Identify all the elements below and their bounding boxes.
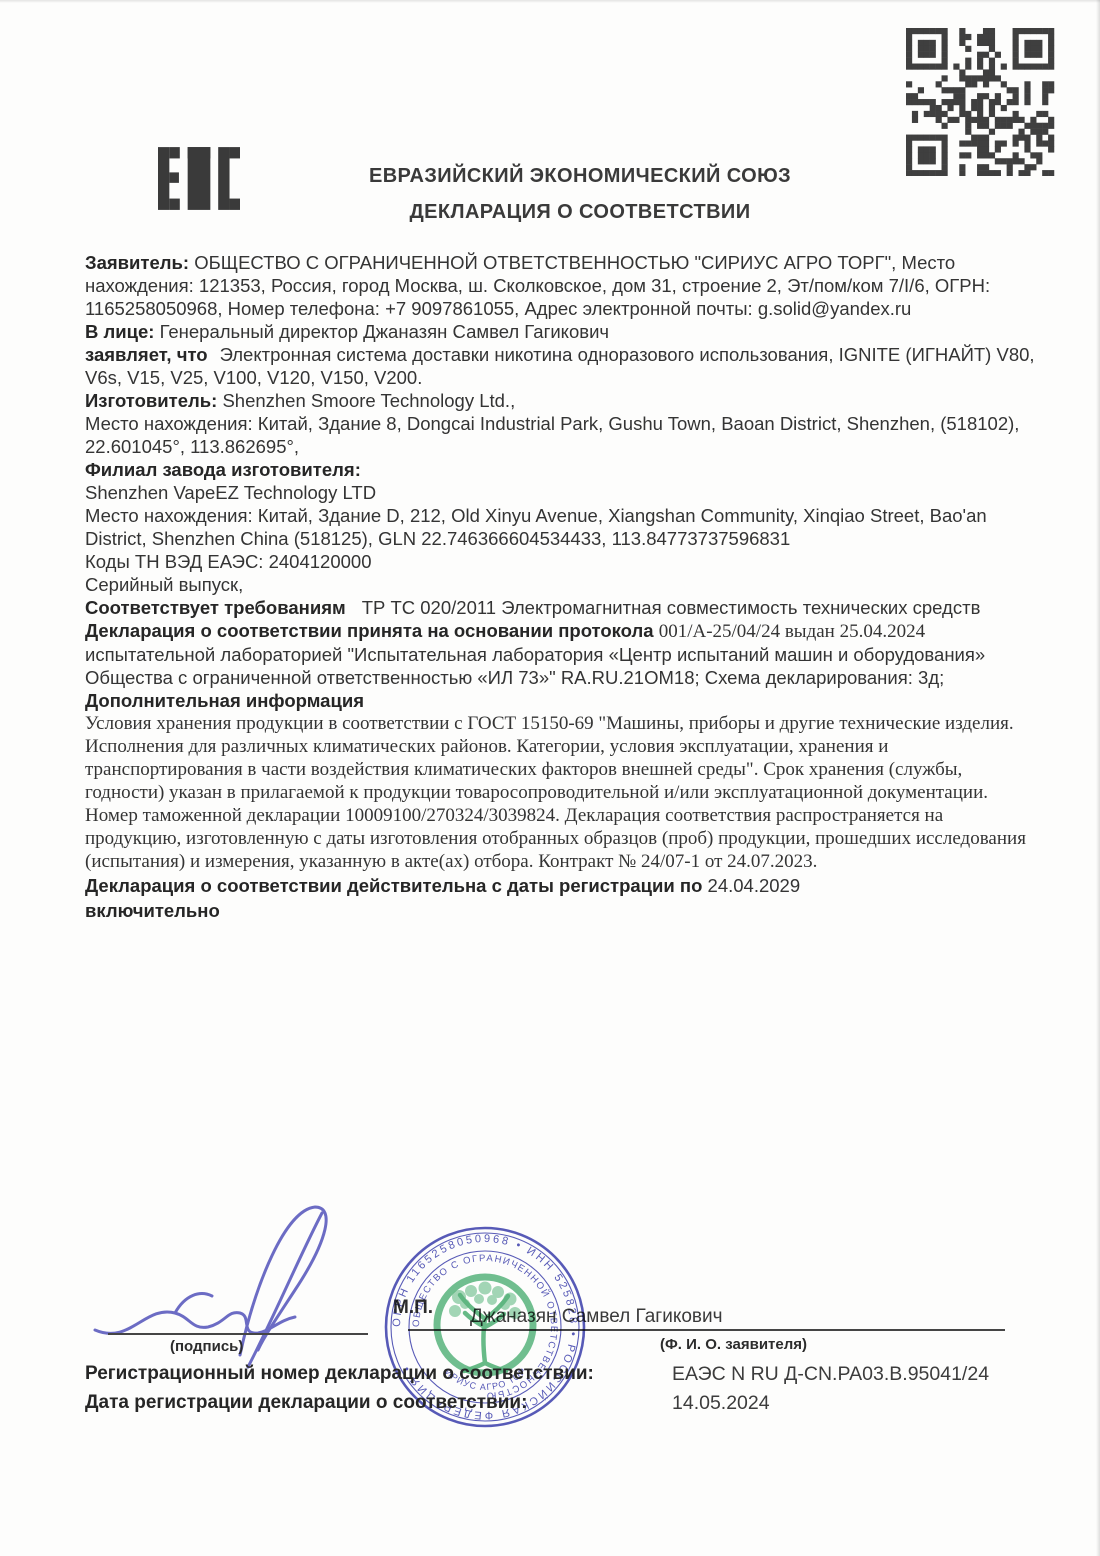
- in-person-label: В лице:: [85, 321, 154, 342]
- manufacturer-name: Shenzhen Smoore Technology Ltd.,: [222, 390, 515, 411]
- registration-date-row: Дата регистрации декларации о соответств…: [85, 1392, 1043, 1418]
- validity-paragraph: Декларация о соответствии действительна …: [85, 873, 1043, 898]
- declaration-document: ЕВРАЗИЙСКИЙ ЭКОНОМИЧЕСКИЙ СОЮЗ ДЕКЛАРАЦИ…: [0, 0, 1100, 1556]
- serial-note: Серийный выпуск,: [85, 573, 1043, 596]
- registration-date-value: 14.05.2024: [672, 1392, 770, 1415]
- validity-date: 24.04.2029: [708, 875, 801, 896]
- manufacturer-label: Изготовитель:: [85, 390, 217, 411]
- fio-caption: (Ф. И. О. заявителя): [660, 1336, 807, 1353]
- branch-name: Shenzhen VapeEZ Technology LTD: [85, 481, 1043, 504]
- declares-text: Электронная система доставки никотина од…: [85, 344, 1035, 388]
- tnved-code: Коды ТН ВЭД ЕАЭС: 2404120000: [85, 550, 1043, 573]
- branch-address: Место нахождения: Китай, Здание D, 212, …: [85, 504, 1043, 550]
- signature-caption: (подпись): [170, 1338, 243, 1355]
- declares-paragraph: заявляет, чтоЭлектронная система доставк…: [85, 343, 1043, 389]
- registration-number-row: Регистрационный номер декларации о соотв…: [85, 1363, 1043, 1389]
- complies-label: Соответствует требованиям: [85, 597, 346, 618]
- complies-text: ТР ТС 020/2011 Электромагнитная совмести…: [362, 597, 981, 618]
- document-title: ДЕКЛАРАЦИЯ О СООТВЕТСТВИИ: [120, 201, 1040, 224]
- branch-label: Филиал завода изготовителя:: [85, 458, 1043, 481]
- protocol-value: 001/А-25/04/24 выдан 25.04.2024: [659, 621, 925, 642]
- scan-edge-right: [1096, 0, 1100, 1556]
- applicant-text: ОБЩЕСТВО С ОГРАНИЧЕННОЙ ОТВЕТСТВЕННОСТЬЮ…: [85, 252, 990, 319]
- registration-number-label: Регистрационный номер декларации о соотв…: [85, 1363, 594, 1384]
- union-title: ЕВРАЗИЙСКИЙ ЭКОНОМИЧЕСКИЙ СОЮЗ: [120, 165, 1040, 188]
- registration-number-value: ЕАЭС N RU Д-CN.РА03.В.95041/24: [672, 1363, 989, 1386]
- qr-code-icon: [905, 28, 1055, 176]
- stamp-tree-emblem: [437, 1277, 533, 1373]
- protocol-text: испытательной лабораторией "Испытательна…: [85, 644, 985, 688]
- in-person-text: Генеральный директор Джаназян Самвел Гаг…: [160, 321, 609, 342]
- scan-edge-top: [0, 0, 1100, 3]
- document-body: Заявитель: ОБЩЕСТВО С ОГРАНИЧЕННОЙ ОТВЕТ…: [85, 251, 1043, 923]
- validity-suffix: включительно: [85, 898, 1043, 923]
- signature-line: [108, 1333, 368, 1335]
- applicant-label: Заявитель:: [85, 252, 189, 273]
- validity-label: Декларация о соответствии действительна …: [85, 875, 702, 896]
- manufacturer-paragraph: Изготовитель: Shenzhen Smoore Technology…: [85, 389, 1043, 412]
- protocol-label: Декларация о соответствии принята на осн…: [85, 620, 654, 641]
- additional-info-text: Условия хранения продукции в соответстви…: [85, 712, 1043, 873]
- registration-date-label: Дата регистрации декларации о соответств…: [85, 1392, 527, 1413]
- in-person-paragraph: В лице: Генеральный директор Джаназян Са…: [85, 320, 1043, 343]
- applicant-paragraph: Заявитель: ОБЩЕСТВО С ОГРАНИЧЕННОЙ ОТВЕТ…: [85, 251, 1043, 320]
- manufacturer-address: Место нахождения: Китай, Здание 8, Dongc…: [85, 412, 1043, 458]
- additional-info-label: Дополнительная информация: [85, 689, 1043, 712]
- protocol-paragraph: Декларация о соответствии принята на осн…: [85, 619, 1043, 689]
- complies-paragraph: Соответствует требованиямТР ТС 020/2011 …: [85, 596, 1043, 619]
- declares-label: заявляет, что: [85, 344, 208, 365]
